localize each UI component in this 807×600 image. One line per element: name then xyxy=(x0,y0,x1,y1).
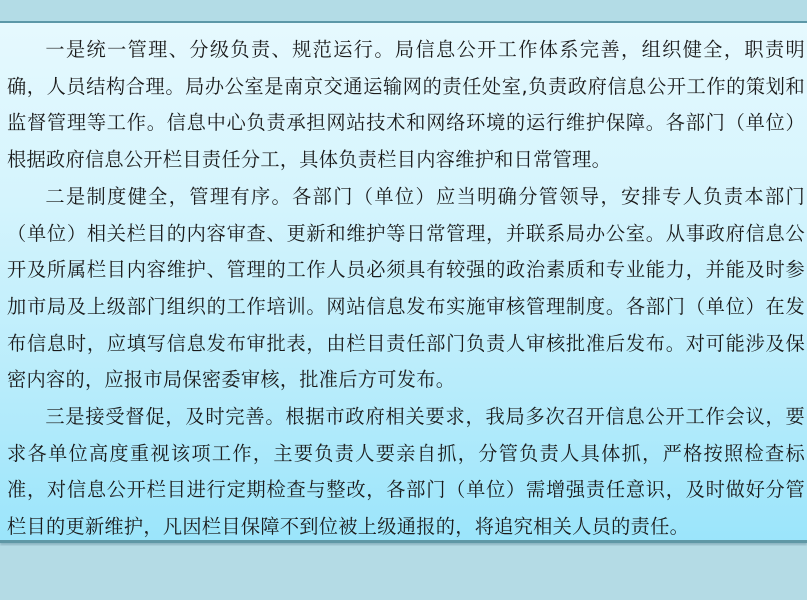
paragraph-unified-management: 一是统一管理、分级负责、规范运行。局信息公开工作体系完善，组织健全，职责明确，人… xyxy=(7,32,805,179)
text-content-box: 一是统一管理、分级负责、规范运行。局信息公开工作体系完善，组织健全，职责明确，人… xyxy=(0,21,807,543)
bottom-background-area xyxy=(0,546,807,600)
document-body: 一是统一管理、分级负责、规范运行。局信息公开工作体系完善，组织健全，职责明确，人… xyxy=(7,32,805,546)
paragraph-sound-system: 二是制度健全，管理有序。各部门（单位）应当明确分管领导，安排专人负责本部门（单位… xyxy=(7,179,805,399)
paragraph-accept-supervision: 三是接受督促，及时完善。根据市政府相关要求，我局多次召开信息公开工作会议，要求各… xyxy=(7,399,805,546)
top-background-strip xyxy=(0,0,807,21)
